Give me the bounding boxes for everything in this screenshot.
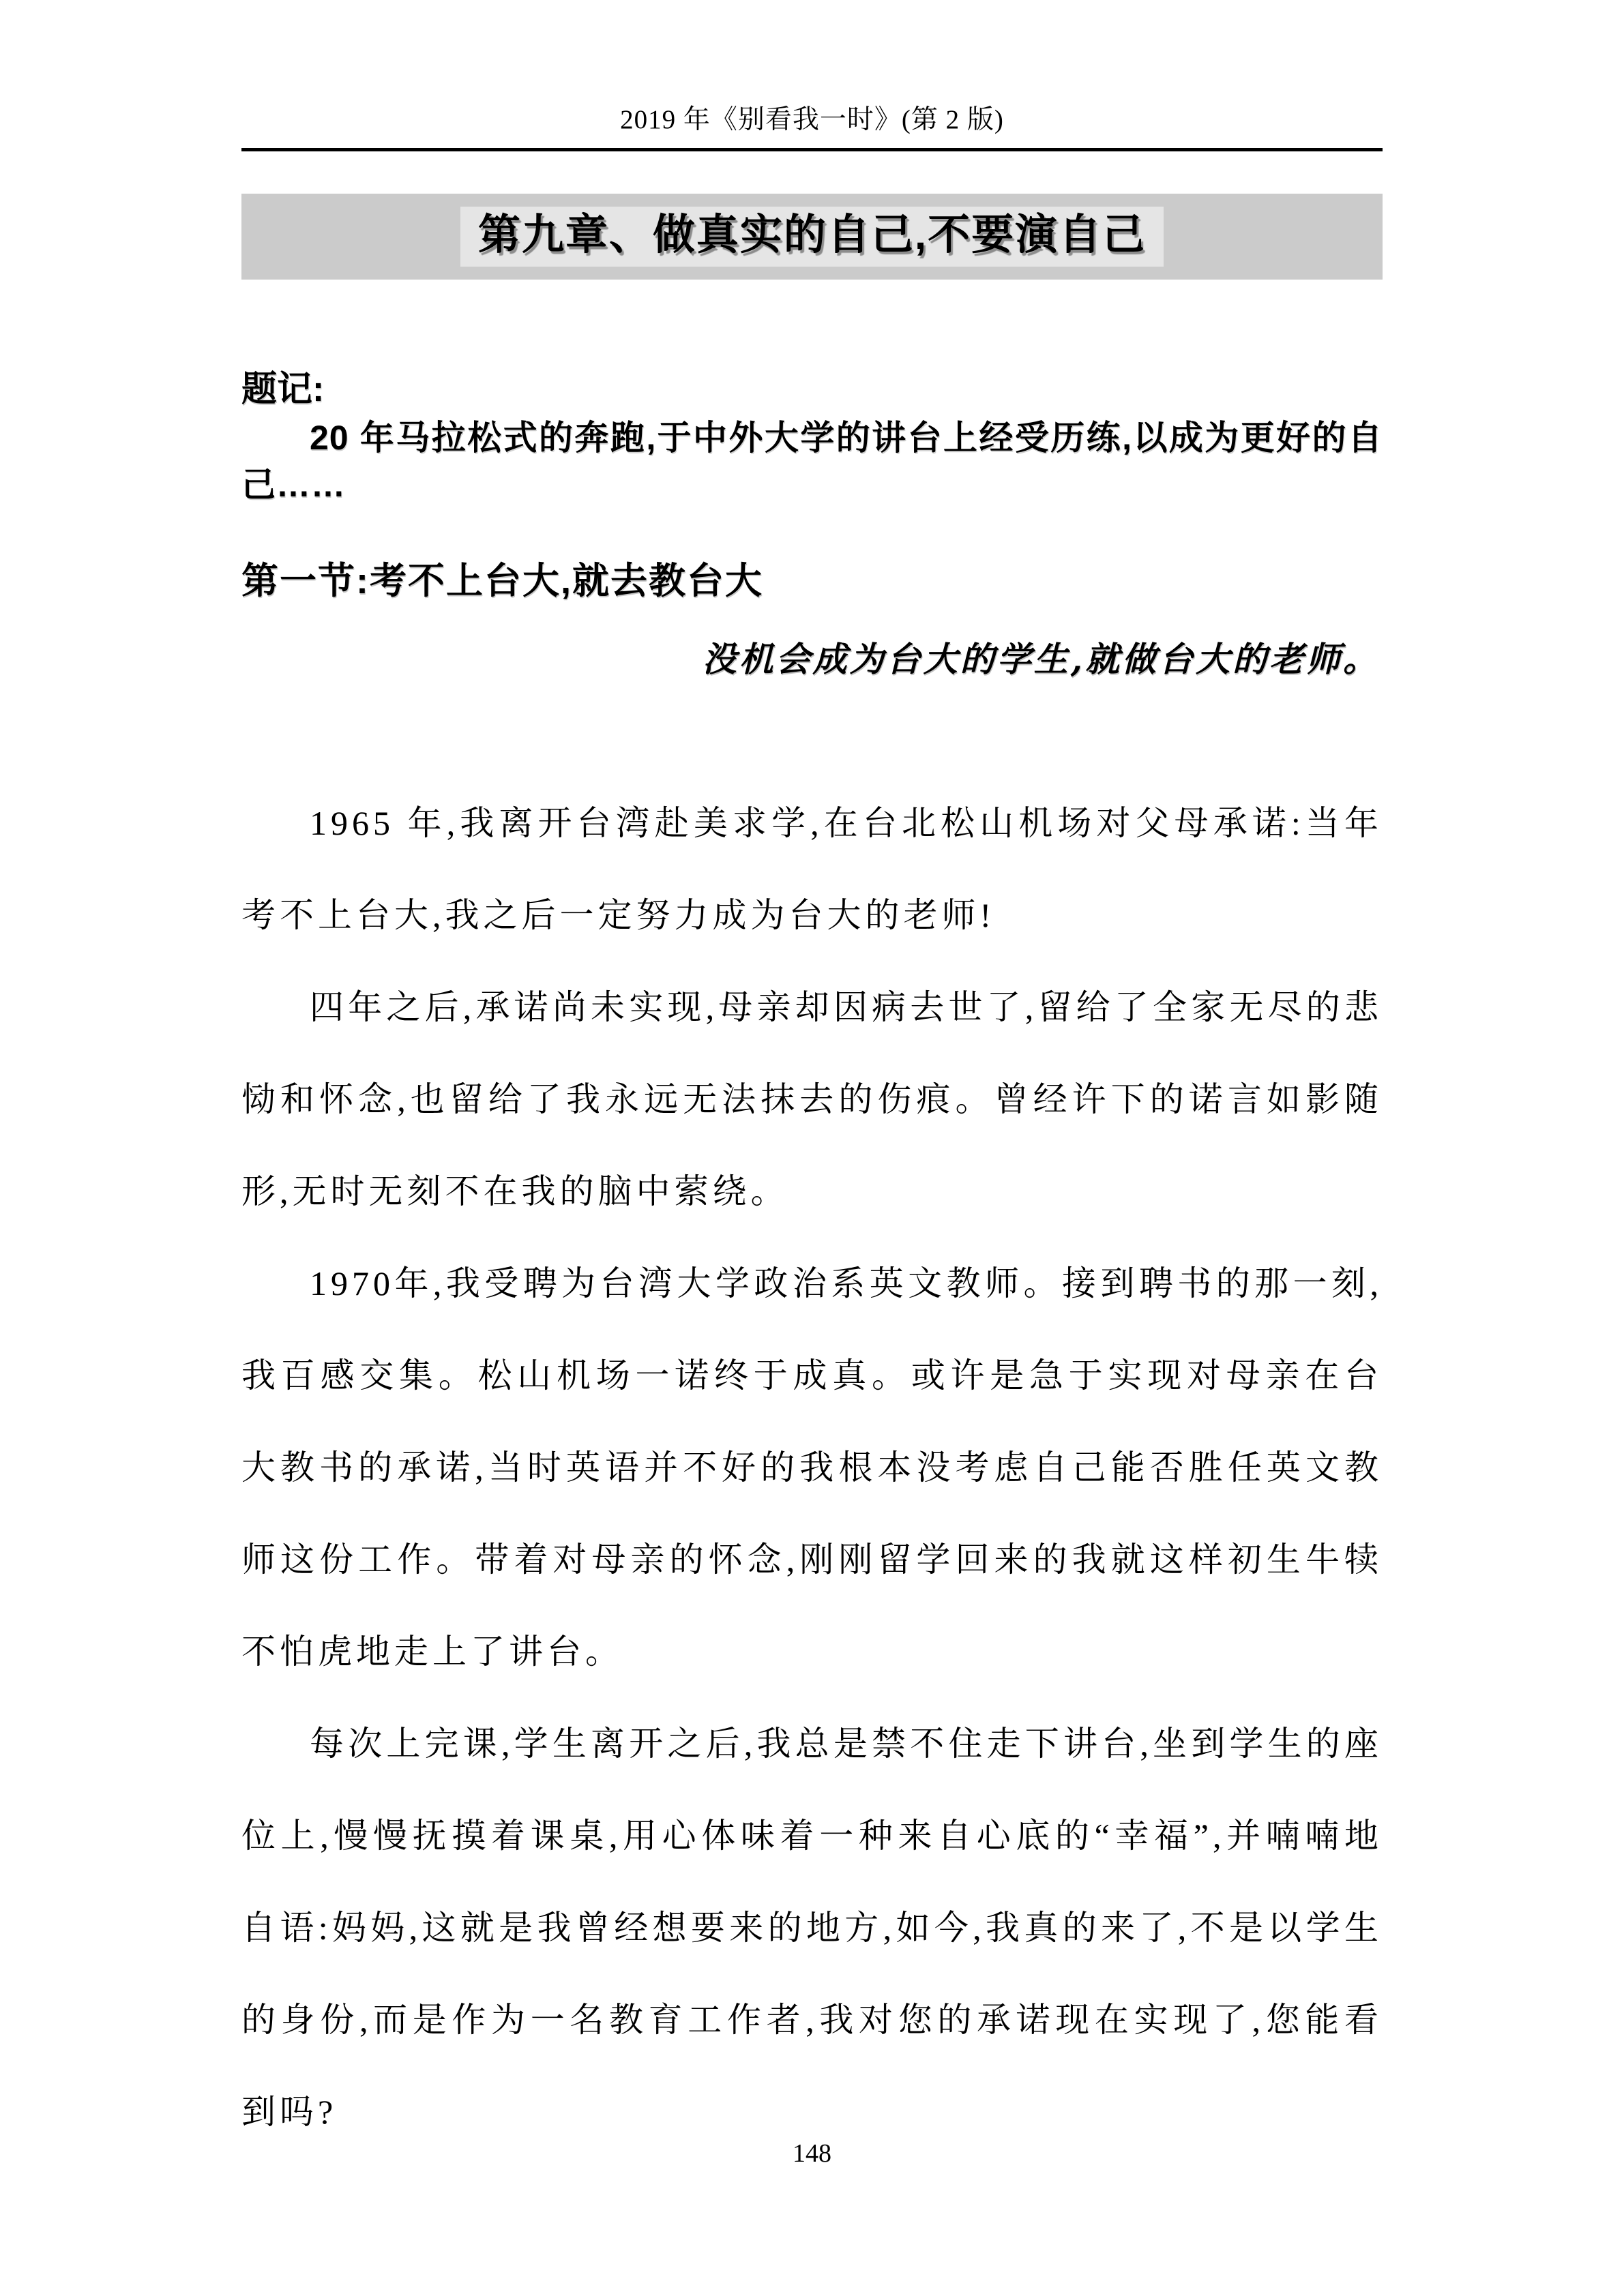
running-header-title: 2019 年《别看我一时》(第 2 版) — [0, 0, 1624, 133]
page-number: 148 — [0, 2141, 1624, 2166]
section-heading: 第一节:考不上台大,就去教台大 — [241, 559, 1383, 603]
epigraph-section: 题记: 20 年马拉松式的奔跑,于中外大学的讲台上经受历练,以成为更好的自己…… — [241, 370, 1383, 509]
page-content: 题记: 20 年马拉松式的奔跑,于中外大学的讲台上经受历练,以成为更好的自己……… — [241, 370, 1383, 2158]
page-header: 2019 年《别看我一时》(第 2 版) — [0, 0, 1624, 151]
body-paragraph-4: 每次上完课,学生离开之后,我总是禁不住走下讲台,坐到学生的座位上,慢慢抚摸着课桌… — [241, 1698, 1383, 2158]
chapter-title: 第九章、做真实的自己,不要演自己 — [460, 207, 1164, 267]
chapter-title-band: 第九章、做真实的自己,不要演自己 — [241, 194, 1383, 280]
body-paragraph-3: 1970年,我受聘为台湾大学政治系英文教师。接到聘书的那一刻,我百感交集。松山机… — [241, 1238, 1383, 1698]
body-text: 1965 年,我离开台湾赴美求学,在台北松山机场对父母承诺:当年考不上台大,我之… — [241, 777, 1383, 2158]
body-paragraph-1: 1965 年,我离开台湾赴美求学,在台北松山机场对父母承诺:当年考不上台大,我之… — [241, 777, 1383, 961]
epigraph-text: 20 年马拉松式的奔跑,于中外大学的讲台上经受历练,以成为更好的自己…… — [241, 415, 1383, 509]
section-quote: 没机会成为台大的学生,就做台大的老师。 — [241, 640, 1383, 678]
epigraph-label: 题记: — [241, 370, 1383, 411]
document-page: { "header": { "title": "2019 年《别看我一时》(第 … — [0, 0, 1624, 2296]
header-rule-divider — [241, 148, 1383, 151]
body-paragraph-2: 四年之后,承诺尚未实现,母亲却因病去世了,留给了全家无尽的悲恸和怀念,也留给了我… — [241, 961, 1383, 1238]
